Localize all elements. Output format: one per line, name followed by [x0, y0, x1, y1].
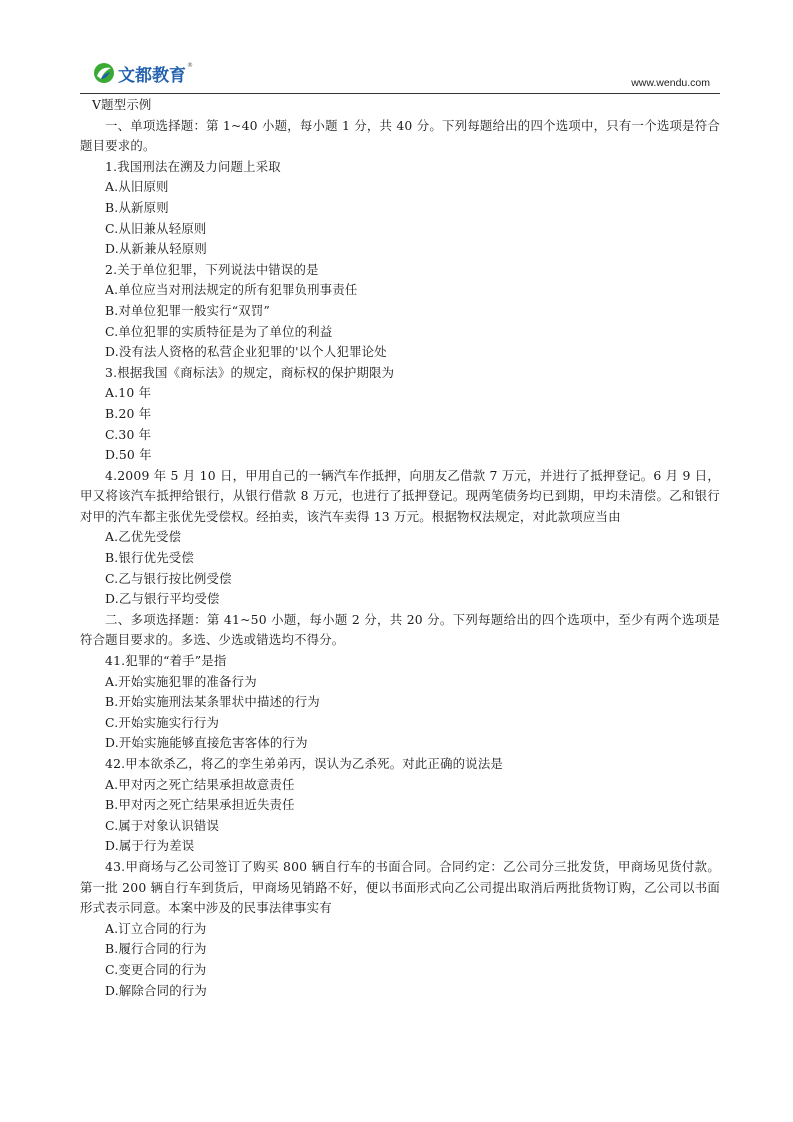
- question-43: 43.甲商场与乙公司签订了购买 800 辆自行车的书面合同。合同约定：乙公司分三…: [80, 857, 720, 1001]
- option-a: A.订立合同的行为: [80, 919, 720, 940]
- option-d: D.没有法人资格的私营企业犯罪的'以个人犯罪论处: [80, 342, 720, 363]
- page-header: 文都教育 ® www.wendu.com: [85, 55, 720, 93]
- option-b: B.履行合同的行为: [80, 939, 720, 960]
- option-a: A.开始实施犯罪的准备行为: [80, 672, 720, 693]
- option-d: D.50 年: [80, 445, 720, 466]
- option-a: A.乙优先受偿: [80, 527, 720, 548]
- registered-mark: ®: [187, 62, 193, 69]
- question-41: 41.犯罪的“着手”是指 A.开始实施犯罪的准备行为 B.开始实施刑法某条罪状中…: [80, 651, 720, 754]
- option-c: C.单位犯罪的实质特征是为了单位的利益: [80, 322, 720, 343]
- wendu-logo: 文都教育 ®: [93, 60, 193, 86]
- question-3: 3.根据我国《商标法》的规定，商标权的保护期限为 A.10 年 B.20 年 C…: [80, 363, 720, 466]
- wendu-leaf-logo-icon: [93, 62, 115, 84]
- logo-text: 文都教育: [118, 61, 186, 86]
- document-body: V题型示例 一、单项选择题：第 1~40 小题，每小题 1 分，共 40 分。下…: [80, 95, 720, 1001]
- option-b: B.开始实施刑法某条罪状中描述的行为: [80, 692, 720, 713]
- option-b: B.银行优先受偿: [80, 548, 720, 569]
- option-c: C.开始实施实行行为: [80, 713, 720, 734]
- site-url: www.wendu.com: [631, 77, 710, 89]
- option-c: C.属于对象认识错误: [80, 816, 720, 837]
- question-42: 42.甲本欲杀乙，将乙的孪生弟弟丙，误认为乙杀死。对此正确的说法是 A.甲对丙之…: [80, 754, 720, 857]
- option-c: C.乙与银行按比例受偿: [80, 569, 720, 590]
- option-d: D.开始实施能够直接危害客体的行为: [80, 733, 720, 754]
- option-c: C.变更合同的行为: [80, 960, 720, 981]
- question-stem: 4.2009 年 5 月 10 日，甲用自己的一辆汽车作抵押，向朋友乙借款 7 …: [80, 466, 720, 528]
- option-a: A.从旧原则: [80, 177, 720, 198]
- option-c: C.30 年: [80, 425, 720, 446]
- question-stem: 43.甲商场与乙公司签订了购买 800 辆自行车的书面合同。合同约定：乙公司分三…: [80, 857, 720, 919]
- question-4: 4.2009 年 5 月 10 日，甲用自己的一辆汽车作抵押，向朋友乙借款 7 …: [80, 466, 720, 610]
- option-d: D.属于行为差误: [80, 836, 720, 857]
- question-stem: 42.甲本欲杀乙，将乙的孪生弟弟丙，误认为乙杀死。对此正确的说法是: [80, 754, 720, 775]
- question-1: 1.我国刑法在溯及力问题上采取 A.从旧原则 B.从新原则 C.从旧兼从轻原则 …: [80, 157, 720, 260]
- option-b: B.20 年: [80, 404, 720, 425]
- option-a: A.甲对丙之死亡结果承担故意责任: [80, 775, 720, 796]
- option-a: A.10 年: [80, 383, 720, 404]
- option-a: A.单位应当对刑法规定的所有犯罪负刑事责任: [80, 280, 720, 301]
- question-stem: 41.犯罪的“着手”是指: [80, 651, 720, 672]
- option-b: B.对单位犯罪一般实行“双罚”: [80, 301, 720, 322]
- question-stem: 3.根据我国《商标法》的规定，商标权的保护期限为: [80, 363, 720, 384]
- part1-intro: 一、单项选择题：第 1~40 小题，每小题 1 分，共 40 分。下列每题给出的…: [80, 116, 720, 157]
- question-2: 2.关于单位犯罪，下列说法中错误的是 A.单位应当对刑法规定的所有犯罪负刑事责任…: [80, 260, 720, 363]
- option-b: B.甲对丙之死亡结果承担近失责任: [80, 795, 720, 816]
- option-d: D.解除合同的行为: [80, 981, 720, 1002]
- question-stem: 1.我国刑法在溯及力问题上采取: [80, 157, 720, 178]
- section-title: V题型示例: [80, 95, 720, 116]
- option-d: D.乙与银行平均受偿: [80, 589, 720, 610]
- header-divider: [80, 93, 720, 94]
- option-c: C.从旧兼从轻原则: [80, 219, 720, 240]
- part2-intro: 二、多项选择题：第 41~50 小题，每小题 2 分，共 20 分。下列每题给出…: [80, 610, 720, 651]
- option-d: D.从新兼从轻原则: [80, 239, 720, 260]
- option-b: B.从新原则: [80, 198, 720, 219]
- question-stem: 2.关于单位犯罪，下列说法中错误的是: [80, 260, 720, 281]
